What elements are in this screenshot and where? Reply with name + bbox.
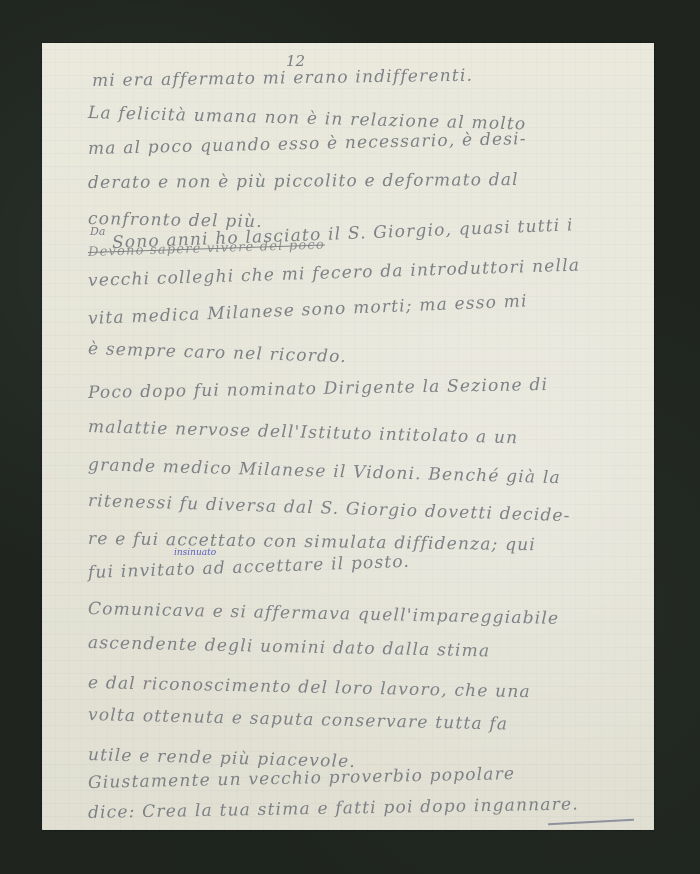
- underline-mark: [548, 819, 634, 825]
- manuscript-line: vita medica Milanese sono morti; ma esso…: [88, 291, 528, 329]
- manuscript-line: Poco dopo fui nominato Dirigente la Sezi…: [88, 375, 549, 403]
- manuscript-line: ma al poco quando esso è necessario, è d…: [88, 129, 527, 159]
- manuscript-line: dice: Crea la tua stima e fatti poi dopo…: [88, 794, 579, 823]
- manuscript-line: vecchi colleghi che mi fecero da introdu…: [88, 256, 581, 291]
- manuscript-line: Comunicava e si affermava quell'imparegg…: [88, 599, 560, 629]
- manuscript-line: derato e non è più piccolito e deformato…: [88, 170, 519, 193]
- manuscript-line: ritenessi fu diversa dal S. Giorgio dove…: [88, 491, 571, 526]
- manuscript-line: mi era affermato mi erano indifferenti.: [92, 66, 473, 91]
- manuscript-line: fui invitato ad accettare il posto.: [88, 552, 411, 583]
- manuscript-line: e dal riconoscimento del loro lavoro, ch…: [88, 673, 531, 702]
- manuscript-line: ascendente degli uomini dato dalla stima: [88, 633, 491, 661]
- manuscript-line: re e fui accettato con simulata diffiden…: [88, 529, 536, 555]
- manuscript-line: malattie nervose dell'Istituto intitolat…: [88, 417, 519, 448]
- manuscript-line: è sempre caro nel ricordo.: [88, 339, 347, 367]
- pencil-insertion: Da: [90, 225, 105, 238]
- manuscript-line: volta ottenuta e saputa conservare tutta…: [88, 705, 509, 735]
- manuscript-page: 12 mi era affermato mi erano indifferent…: [42, 43, 654, 830]
- manuscript-line: grande medico Milanese il Vidoni. Benché…: [88, 455, 561, 488]
- manuscript-line: Giustamente un vecchio proverbio popolar…: [88, 764, 516, 793]
- blue-ink-insertion: insinuato: [174, 548, 216, 558]
